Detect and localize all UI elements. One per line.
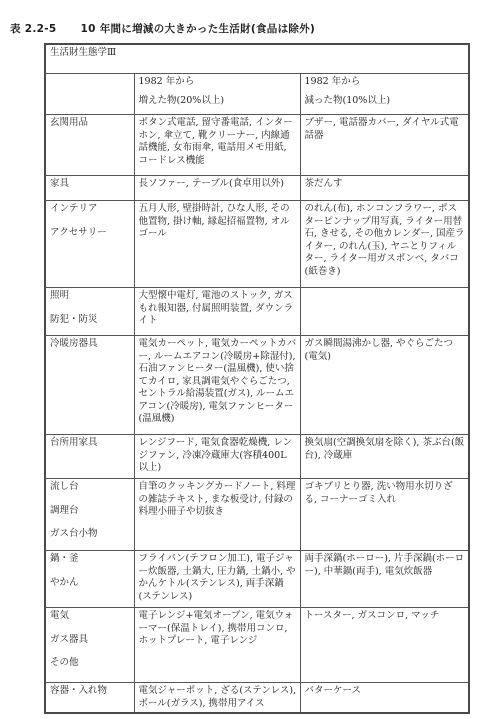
decreased-items-cell: バターケース bbox=[300, 683, 469, 714]
category-label: 照明 bbox=[50, 290, 131, 303]
increased-items-cell: 電子レンジ+電気オーブン, 電気ウォーマー(保温トレイ), 携帯用コンロ, ホッ… bbox=[134, 608, 300, 683]
decreased-items-cell: ゴキブリとり器, 洗い物用水切りざる, コーナーゴミ入れ bbox=[300, 479, 469, 551]
page-title: 10 年間に増減の大きかった生活財(食品は除外) bbox=[81, 23, 316, 35]
column-header-row: 1982 年から 増えた物(20%以上) 1982 年から 減った物(10%以上… bbox=[45, 74, 469, 115]
increased-items-cell: 長ソファー, テーブル(食卓用以外) bbox=[134, 176, 300, 201]
category-label: その他 bbox=[50, 657, 131, 670]
decreased-header-line2: 減った物(10%以上) bbox=[305, 95, 466, 108]
table-number: 表 2.2-5 bbox=[10, 23, 57, 35]
category-label: 家具 bbox=[50, 178, 131, 191]
category-label: ガス台小物 bbox=[50, 528, 131, 541]
increased-items-cell: 自筆のクッキングカードノート, 料理の雑誌テキスト, まな板受け, 付録の料理小… bbox=[134, 479, 300, 551]
decreased-items-cell: 両手深鍋(ホーロー), 片手深鍋(ホーロー), 中華鍋(両手), 電気炊飯器 bbox=[300, 551, 469, 608]
decreased-items-cell bbox=[300, 288, 469, 336]
category-label: 冷暖房器具 bbox=[50, 338, 131, 351]
increased-items-cell: 電気ジャーポット, ざる(ステンレス), ボール(ガラス), 携帯用アイス bbox=[134, 683, 300, 714]
category-label: 防犯・防災 bbox=[50, 314, 131, 327]
category-cell: インテリアアクセサリー bbox=[45, 201, 134, 288]
caption-row: 生活財生態学Ⅲ bbox=[45, 44, 469, 74]
category-label: 玄関用品 bbox=[50, 117, 131, 130]
category-label: 流し台 bbox=[50, 481, 131, 494]
category-label: 容器・入れ物 bbox=[50, 685, 131, 698]
table-row: 冷暖房器具電気カーペット, 電気カーペットカバー, ルームエアコン(冷暖房+除湿… bbox=[45, 336, 469, 435]
table-title: 表 2.2-510 年間に増減の大きかった生活財(食品は除外) bbox=[10, 21, 315, 36]
increased-header-cell: 1982 年から 増えた物(20%以上) bbox=[134, 74, 300, 115]
category-cell: 台所用家具 bbox=[45, 435, 134, 479]
category-cell: 玄関用品 bbox=[45, 115, 134, 176]
category-label: 台所用家具 bbox=[50, 437, 131, 450]
table-row: 流し台調理台ガス台小物自筆のクッキングカードノート, 料理の雑誌テキスト, まな… bbox=[45, 479, 469, 551]
increased-items-cell: 五月人形, 壁掛時計, ひな人形, その他置物, 掛け軸, 縁起招福置物, オル… bbox=[134, 201, 300, 288]
category-cell: 家具 bbox=[45, 176, 134, 201]
category-cell: 照明防犯・防災 bbox=[45, 288, 134, 336]
category-header-cell bbox=[45, 74, 134, 115]
category-label: 鍋・釜 bbox=[50, 553, 131, 566]
table-row: 玄関用品ボタン式電話, 留守番電話, インターホン, 傘立て, 靴クリーナー, … bbox=[45, 115, 469, 176]
decreased-items-cell: 換気扇(空調換気扇を除く), 茶ぶ台(飯台), 冷蔵庫 bbox=[300, 435, 469, 479]
category-label: アクセサリー bbox=[50, 227, 131, 240]
table-row: 照明防犯・防災大型懐中電灯, 電池のストック, ガスもれ報知器, 付属照明装置,… bbox=[45, 288, 469, 336]
decreased-header-cell: 1982 年から 減った物(10%以上) bbox=[300, 74, 469, 115]
increased-items-cell: 大型懐中電灯, 電池のストック, ガスもれ報知器, 付属照明装置, ダウンライト bbox=[134, 288, 300, 336]
category-label: ガス器具 bbox=[50, 634, 131, 647]
decreased-items-cell: のれん(布), ホンコンフラワー, ポスターピンナップ用写真, ライター用替石,… bbox=[300, 201, 469, 288]
category-cell: 電気ガス器具その他 bbox=[45, 608, 134, 683]
increased-items-cell: 電気カーペット, 電気カーペットカバー, ルームエアコン(冷暖房+除湿付), 石… bbox=[134, 336, 300, 435]
decreased-items-cell: 茶だんす bbox=[300, 176, 469, 201]
category-cell: 冷暖房器具 bbox=[45, 336, 134, 435]
decreased-items-cell: ブザー, 電話器カバー, ダイヤル式電話器 bbox=[300, 115, 469, 176]
increased-items-cell: ボタン式電話, 留守番電話, インターホン, 傘立て, 靴クリーナー, 内線通話… bbox=[134, 115, 300, 176]
category-label: やかん bbox=[50, 577, 131, 590]
table-row: 鍋・釜やかんフライパン(テフロン加工), 電子ジャー炊飯器, 土鍋大, 圧力鍋,… bbox=[45, 551, 469, 608]
table-row: インテリアアクセサリー五月人形, 壁掛時計, ひな人形, その他置物, 掛け軸,… bbox=[45, 201, 469, 288]
category-label: 調理台 bbox=[50, 505, 131, 518]
household-goods-table: 生活財生態学Ⅲ 1982 年から 増えた物(20%以上) 1982 年から 減っ… bbox=[44, 43, 470, 714]
increased-header-line1: 1982 年から bbox=[139, 76, 297, 89]
decreased-items-cell: ガス瞬間湯沸かし器, やぐらごたつ(電気) bbox=[300, 336, 469, 435]
table-row: 家具長ソファー, テーブル(食卓用以外)茶だんす bbox=[45, 176, 469, 201]
table-row: 電気ガス器具その他電子レンジ+電気オーブン, 電気ウォーマー(保温トレイ), 携… bbox=[45, 608, 469, 683]
category-cell: 鍋・釜やかん bbox=[45, 551, 134, 608]
category-label: 電気 bbox=[50, 610, 131, 623]
table-row: 台所用家具レンジフード, 電気食器乾燥機, レンジファン, 冷凍冷蔵庫大(容積4… bbox=[45, 435, 469, 479]
document-page: 表 2.2-510 年間に増減の大きかった生活財(食品は除外) 生活財生態学Ⅲ … bbox=[0, 0, 499, 719]
table-caption: 生活財生態学Ⅲ bbox=[45, 44, 469, 74]
increased-header-line2: 増えた物(20%以上) bbox=[139, 95, 297, 108]
category-label: インテリア bbox=[50, 203, 131, 216]
decreased-items-cell: トースター, ガスコンロ, マッチ bbox=[300, 608, 469, 683]
increased-items-cell: フライパン(テフロン加工), 電子ジャー炊飯器, 土鍋大, 圧力鍋, 土鍋小, … bbox=[134, 551, 300, 608]
increased-items-cell: レンジフード, 電気食器乾燥機, レンジファン, 冷凍冷蔵庫大(容積400L 以… bbox=[134, 435, 300, 479]
decreased-header-line1: 1982 年から bbox=[305, 76, 466, 89]
category-cell: 流し台調理台ガス台小物 bbox=[45, 479, 134, 551]
category-cell: 容器・入れ物 bbox=[45, 683, 134, 714]
table-body: 玄関用品ボタン式電話, 留守番電話, インターホン, 傘立て, 靴クリーナー, … bbox=[45, 115, 469, 714]
table-row: 容器・入れ物電気ジャーポット, ざる(ステンレス), ボール(ガラス), 携帯用… bbox=[45, 683, 469, 714]
